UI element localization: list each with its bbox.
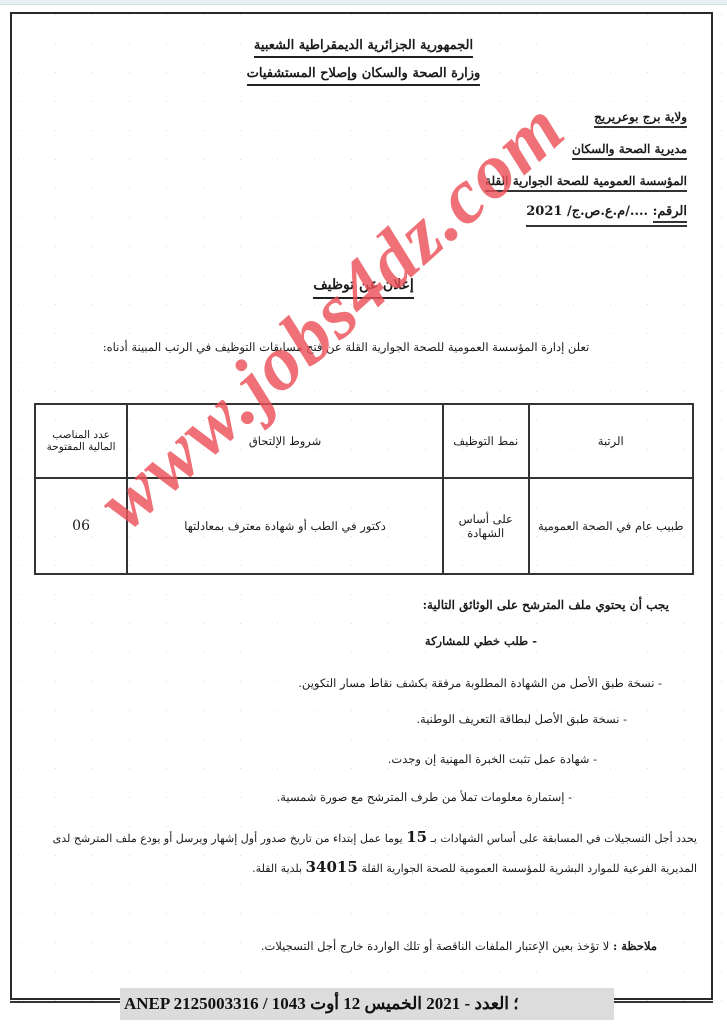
cell-rank: طبيب عام في الصحة العمومية bbox=[529, 478, 694, 574]
cell-conditions: دكتور في الطب أو شهادة معترف بمعادلتها bbox=[127, 478, 443, 574]
top-edge-bar bbox=[0, 0, 727, 5]
intro-paragraph: تعلن إدارة المؤسسة العمومية للصحة الجوار… bbox=[60, 340, 632, 354]
deadline-days: 15 bbox=[406, 828, 427, 846]
document-item: - إستمارة معلومات تملأ من طرف المترشح مع… bbox=[277, 790, 572, 804]
reference-line: الرقم: ..../م.ع.ص.ج/ 2021 bbox=[526, 204, 687, 227]
institution-line: المؤسسة العمومية للصحة الجوارية القلة bbox=[485, 174, 687, 192]
wilaya-line: ولاية برج بوعريريج bbox=[594, 110, 687, 128]
directorate-text: مديرية الصحة والسكان bbox=[572, 142, 687, 160]
reference-value: ..../م.ع.ص.ج/ 2021 bbox=[526, 204, 648, 221]
reference-label: الرقم: bbox=[653, 204, 687, 223]
cell-mode: على أساس الشهادة bbox=[443, 478, 529, 574]
positions-table: الرتبة نمط التوظيف شروط الإلتحاق عدد الم… bbox=[34, 403, 694, 575]
note-text: لا تؤخذ بعين الإعتبار الملفات الناقصة أو… bbox=[261, 939, 610, 953]
ministry-heading: وزارة الصحة والسكان وإصلاح المستشفيات bbox=[0, 66, 727, 86]
document-item: - طلب خطي للمشاركة bbox=[425, 634, 537, 648]
institution-text: المؤسسة العمومية للصحة الجوارية القلة bbox=[485, 174, 687, 192]
deadline-text-a: يحدد أجل التسجيلات في المسابقة على أساس … bbox=[431, 832, 697, 845]
table-row: طبيب عام في الصحة العمومية على أساس الشه… bbox=[35, 478, 693, 574]
table-header-row: الرتبة نمط التوظيف شروط الإلتحاق عدد الم… bbox=[35, 404, 693, 478]
deadline-text-c: المديرية الفرعية للموارد البشرية للمؤسسة… bbox=[361, 862, 697, 875]
document-item: - شهادة عمل تثبت الخبرة المهنية إن وجدت. bbox=[388, 752, 597, 766]
header-mode: نمط التوظيف bbox=[443, 404, 529, 478]
cell-positions: 06 bbox=[35, 478, 127, 574]
deadline-line-2: المديرية الفرعية للموارد البشرية للمؤسسة… bbox=[30, 858, 697, 876]
republic-text: الجمهورية الجزائرية الديمقراطية الشعبية bbox=[254, 38, 473, 58]
title-text: إعلان عن توظيف bbox=[313, 277, 414, 299]
postal-code: 34015 bbox=[306, 858, 358, 876]
deadline-line-1: يحدد أجل التسجيلات في المسابقة على أساس … bbox=[30, 828, 697, 846]
directorate-line: مديرية الصحة والسكان bbox=[572, 142, 687, 160]
documents-heading: يجب أن يحتوي ملف المترشح على الوثائق الت… bbox=[423, 598, 669, 612]
deadline-text-d: بلدية القلة. bbox=[252, 862, 302, 875]
anep-footer: ANEP 2125003316 / 1043 ؛ العدد - 2021 ال… bbox=[120, 988, 614, 1020]
republic-heading: الجمهورية الجزائرية الديمقراطية الشعبية bbox=[0, 38, 727, 58]
note-label: ملاحظة : bbox=[613, 939, 657, 953]
document-item: - نسخة طبق الأصل من الشهادة المطلوبة مرف… bbox=[298, 676, 662, 690]
page-title: إعلان عن توظيف bbox=[0, 277, 727, 299]
header-conditions: شروط الإلتحاق bbox=[127, 404, 443, 478]
deadline-text-b: يوما عمل إبتداء من تاريخ صدور أول إشهار … bbox=[53, 832, 403, 845]
header-positions: عدد المناصب المالية المفتوحة bbox=[35, 404, 127, 478]
header-rank: الرتبة bbox=[529, 404, 694, 478]
note-line: ملاحظة : لا تؤخذ بعين الإعتبار الملفات ا… bbox=[261, 939, 657, 953]
ministry-text: وزارة الصحة والسكان وإصلاح المستشفيات bbox=[247, 66, 481, 86]
wilaya-text: ولاية برج بوعريريج bbox=[594, 110, 687, 128]
document-item: - نسخة طبق الأصل لبطاقة التعريف الوطنية. bbox=[416, 712, 627, 726]
